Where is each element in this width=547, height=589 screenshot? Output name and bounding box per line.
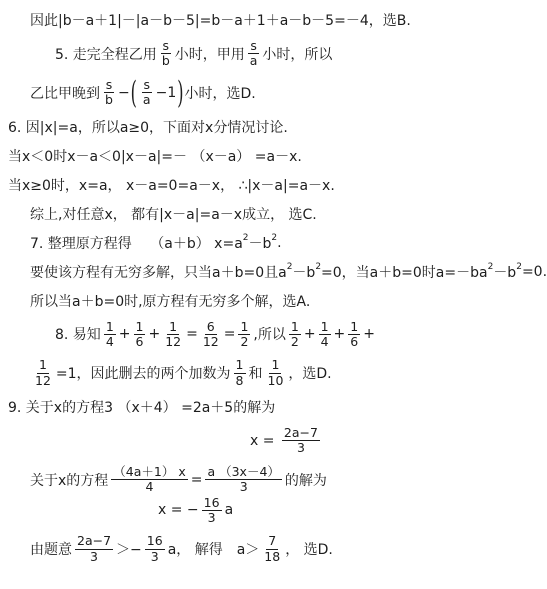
fraction-denominator: 2 [289,335,301,349]
fraction-numerator: 2a−7 [75,534,113,549]
fraction-denominator: a [141,93,153,107]
fraction-denominator: 4 [144,480,156,494]
fraction-numerator: 16 [145,534,165,549]
fraction-denominator: b [103,93,115,107]
text-segment: a， 解得 a＞ [168,539,260,559]
text-segment: = [191,472,203,488]
fraction-denominator: b [160,54,172,68]
fraction: 612 [201,320,221,350]
tall-paren: ) [177,75,183,111]
text-segment: + [119,326,131,342]
line-q7-start: 7. 整理原方程得 （a＋b） x=a2－b2. [30,233,543,253]
text-segment: 和 [249,363,263,383]
text-segment: =1，因此删去的两个加数为 [56,363,231,383]
fraction-denominator: 4 [319,335,331,349]
fraction: 163 [145,534,165,564]
text-segment: 小时，甲用 [175,44,245,64]
text-segment: 乙比甲晚到 [30,83,100,103]
text-segment: =0. [522,264,547,280]
fraction: 112 [33,358,53,388]
text-segment: x = [250,433,279,449]
fraction-denominator: 3 [238,480,250,494]
fraction-denominator: 12 [201,335,221,349]
text-segment: + [363,326,375,342]
text-segment: 要使该方程有无穷多解，只当a＋b=0且a [30,262,287,282]
text-segment: 小时，所以 [262,44,332,64]
fraction: 14 [104,320,116,350]
fraction-numerator: 1 [319,320,331,335]
line-q7-answer: 所以当a＋b=0时,原方程有无穷多个解，选A. [30,291,543,311]
fraction: sb [103,78,115,108]
fraction-numerator: s [248,39,259,54]
fraction-numerator: 1 [234,358,246,373]
fraction-denominator: 6 [134,335,146,349]
text-segment: ＞− [116,539,142,559]
text-segment: + [304,326,316,342]
text-segment: =0，当a＋b=0时a=－ba [321,262,488,282]
text-segment: 因此|b－a＋1|－|a－b－5|=b－a＋1＋a－b－5=－4，选B. [30,10,411,30]
text-segment: 当x＜0时x－a＜0|x－a|=－ （x－a） =a－x. [8,146,302,166]
line-q6-start: 6. 因|x|=a，所以a≥0，下面对x分情况讨论. [8,117,543,137]
text-segment: ，选D. [288,363,331,383]
fraction: sa [141,78,153,108]
text-segment: 8. 易知 [55,324,101,344]
fraction: 16 [348,320,360,350]
fraction-denominator: a [248,54,260,68]
fraction-denominator: 8 [234,374,246,388]
line-q6-answer: 综上,对任意x， 都有|x－a|=a－x成立， 选C. [30,204,543,224]
line-q7-body: 要使该方程有无穷多解，只当a＋b=0且a2－b2=0，当a＋b=0时a=－ba2… [30,262,543,282]
text-segment: 综上,对任意x， 都有|x－a|=a－x成立， 选C. [30,204,317,224]
text-segment: = [186,326,198,342]
line-q9-start: 9. 关于x的方程3 （x＋4） =2a＋5的解为 [8,397,543,417]
fraction: （4a＋1） x4 [111,465,187,495]
fraction-numerator: s [161,39,172,54]
tall-paren: ( [131,75,137,111]
text-segment: 7. 整理原方程得 （a＋b） x=a [30,233,243,253]
fraction-numerator: 1 [289,320,301,335]
fraction-numerator: （4a＋1） x [111,465,187,480]
text-segment: 的解为 [285,470,327,490]
text-segment: 9. 关于x的方程3 （x＋4） =2a＋5的解为 [8,397,275,417]
fraction-denominator: 2 [238,335,250,349]
fraction-numerator: 6 [205,320,217,335]
fraction: 110 [266,358,286,388]
fraction: 12 [289,320,301,350]
fraction-denominator: 18 [262,550,282,564]
fraction-numerator: 1 [37,358,49,373]
line-q9-eq1: x = 2a−73 [250,426,543,456]
fraction: a （3x－4）3 [205,465,281,495]
text-segment: x = − [158,502,199,518]
fraction-numerator: a （3x－4） [205,465,281,480]
text-segment: a [225,502,234,518]
fraction: 718 [262,534,282,564]
fraction-numerator: 1 [134,320,146,335]
fraction-numerator: 7 [266,534,278,549]
fraction: sa [248,39,260,69]
fraction: 112 [163,320,183,350]
text-segment: 由题意 [30,539,72,559]
fraction-numerator: 1 [269,358,281,373]
document-body: 因此|b－a＋1|－|a－b－5|=b－a＋1＋a－b－5=－4，选B.5. 走… [0,10,543,564]
fraction-denominator: 12 [33,374,53,388]
text-segment: 当x≥0时，x=a， x－a=0=a－x， ∴|x－a|=a－x. [8,175,335,195]
text-segment: = [224,326,236,342]
solution-document-page: 因此|b－a＋1|－|a－b－5|=b－a＋1＋a－b－5=－4，选B.5. 走… [0,0,547,589]
text-segment: . [277,235,281,251]
fraction-denominator: 3 [149,550,161,564]
text-segment: 小时，选D. [184,83,255,103]
fraction: 12 [238,320,250,350]
line-q9-eq2: 关于x的方程（4a＋1） x4=a （3x－4）3的解为 [30,465,543,495]
line-q8-start: 8. 易知14+16+112=612=12,所以12+14+16+ [55,320,543,350]
text-segment: + [148,326,160,342]
fraction-denominator: 3 [206,511,218,525]
text-segment: 所以当a＋b=0时,原方程有无穷多个解，选A. [30,291,310,311]
fraction-numerator: 2a−7 [282,426,320,441]
fraction-denominator: 12 [163,335,183,349]
text-segment: −1 [156,85,177,101]
text-segment: ,所以 [253,324,285,344]
text-segment: + [334,326,346,342]
fraction-numerator: 1 [238,320,250,335]
line-q5-answer: 乙比甲晚到sb−(sa−1)小时，选D. [30,78,543,108]
fraction: 2a−73 [75,534,113,564]
line-q9-answer: 由题意2a−73＞−163a， 解得 a＞718， 选D. [30,534,543,564]
text-segment: ， 选D. [285,539,333,559]
fraction: 163 [202,496,222,526]
text-segment: 5. 走完全程乙用 [55,44,157,64]
fraction-numerator: s [142,78,153,93]
fraction-numerator: 1 [167,320,179,335]
fraction-numerator: s [104,78,115,93]
line-q9-eq3: x = −163a [158,496,543,526]
fraction-denominator: 3 [295,441,307,455]
fraction: 2a−73 [282,426,320,456]
fraction: 16 [134,320,146,350]
line-q4-conclusion: 因此|b－a＋1|－|a－b－5|=b－a＋1＋a－b－5=－4，选B. [30,10,543,30]
fraction-denominator: 6 [348,335,360,349]
fraction-denominator: 3 [88,550,100,564]
text-segment: －b [292,262,315,282]
text-segment: －b [493,262,516,282]
fraction: sb [160,39,172,69]
text-segment: －b [249,233,272,253]
fraction: 14 [319,320,331,350]
fraction-numerator: 1 [104,320,116,335]
text-segment: 关于x的方程 [30,470,108,490]
fraction-denominator: 4 [104,335,116,349]
text-segment: − [118,85,130,101]
fraction-numerator: 1 [348,320,360,335]
line-q8-answer: 112=1，因此删去的两个加数为18和110，选D. [30,358,543,388]
text-segment: 6. 因|x|=a，所以a≥0，下面对x分情况讨论. [8,117,288,137]
line-q6-case1: 当x＜0时x－a＜0|x－a|=－ （x－a） =a－x. [8,146,543,166]
fraction-numerator: 16 [202,496,222,511]
line-q6-case2: 当x≥0时，x=a， x－a=0=a－x， ∴|x－a|=a－x. [8,175,543,195]
line-q5-start: 5. 走完全程乙用sb小时，甲用sa小时，所以 [55,39,543,69]
fraction: 18 [234,358,246,388]
fraction-denominator: 10 [266,374,286,388]
